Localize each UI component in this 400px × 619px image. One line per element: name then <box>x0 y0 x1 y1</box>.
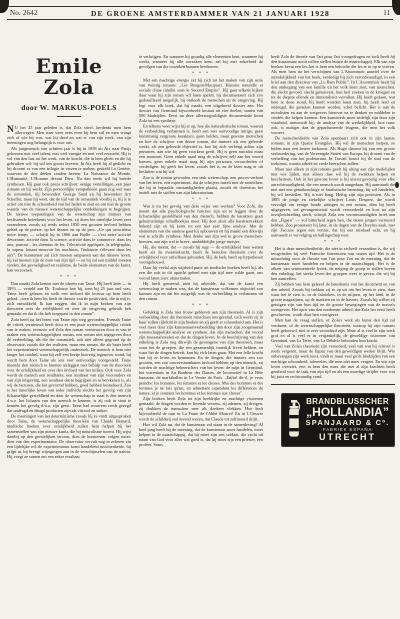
ad-box: BRANDBLUSSCHER „HOLLANDIA” SPANJAARD & C… <box>281 393 395 447</box>
paragraph: Dan maakt Zola kennis met de ideeën van … <box>7 281 131 316</box>
scan-artifact <box>392 0 400 15</box>
fire-extinguisher-icon <box>281 399 303 441</box>
column-2-text: te verkrijgen. En wanneer hij grondig al… <box>139 54 263 487</box>
divider-rule <box>271 384 395 385</box>
column-1: Emile Zola door W. MARKUS-POELS NU het 2… <box>7 54 131 497</box>
paragraph: Hoe wil Zola nu, dat de kunstenaar zal s… <box>139 422 263 447</box>
column-1-text: NU het 25 jaar geleden is, dat Zola stie… <box>7 125 131 497</box>
page-number: 11 <box>383 9 390 17</box>
column-1-flow: NU het 25 jaar geleden is, dat Zola stie… <box>7 125 131 459</box>
paragraph: En telkens weer wijst hij er op, hoe die… <box>139 124 263 175</box>
drop-cap: N <box>7 126 14 134</box>
byline-rule <box>57 116 81 117</box>
section-separator: * * * <box>7 275 131 280</box>
column-3: heeft Zola de theorie van l'art pour l'a… <box>271 54 395 497</box>
section-separator: * * * <box>139 197 263 202</box>
section-separator: * * * <box>139 303 263 308</box>
paragraph: Men kan de vraag stellen, of Zola's werk… <box>271 318 395 343</box>
paragraph: Hij heeft gemeend, toen hij arbeidde, da… <box>139 281 263 301</box>
section-separator: * * * <box>271 240 395 245</box>
paragraph: Hij, die meent, dat — zooals hij zegt — … <box>139 244 263 264</box>
paragraph: Zijn boeken heeft Zola tot zijn beeldrij… <box>139 396 263 421</box>
column-2-flow: te verkrijgen. En wanneer hij grondig al… <box>139 54 263 447</box>
paragraph: Daar hij veelal zijn wijsheid putte uit … <box>139 265 263 280</box>
byline: door W. MARKUS-POELS <box>7 103 131 112</box>
paragraph: Zoo is de roman geworden een stuk wetens… <box>139 175 263 195</box>
ad-company-line: SPANJAARD & Cº. <box>303 419 392 428</box>
issue-number: No. 2642 <box>10 9 38 17</box>
paragraph: heeft Zola de theorie van l'art pour l'a… <box>271 54 395 135</box>
paragraph: Als jongmensch van achttien jaar is hij … <box>7 146 131 273</box>
paragraph: NU het 25 jaar geleden is, dat Zola stie… <box>7 125 131 145</box>
section-separator: * * * <box>139 71 263 76</box>
paragraph: Veel van Zola's theorieën zijn verouderd… <box>271 344 395 379</box>
ad-text: BRANDBLUSSCHER „HOLLANDIA” SPANJAARD & C… <box>303 398 395 443</box>
article-title: Emile Zola <box>7 56 131 98</box>
paragraph: De menschenliefde van Zola openbaart zic… <box>271 136 395 166</box>
paragraph: Zola heeft na het lezen van Taine zijn w… <box>7 317 131 413</box>
article-header: Emile Zola door W. MARKUS-POELS <box>7 56 131 117</box>
paragraph: Gelukkig is Zola niet trouw gebleven aan… <box>139 309 263 395</box>
ad-city-line: UTRECHT <box>303 433 392 443</box>
scan-artifact <box>395 182 399 188</box>
masthead: No. 2642 DE GROENE AMSTERDAMMER VAN 21 J… <box>7 6 393 20</box>
article-columns: Emile Zola door W. MARKUS-POELS NU het 2… <box>7 54 393 497</box>
ad-factory-line: FABRIEK ESPAÑA <box>303 427 392 432</box>
paragraph: Wat is nu het gevolg van deze wijze van … <box>139 203 263 244</box>
column-2: te verkrijgen. En wanneer hij grondig al… <box>139 54 263 497</box>
paragraph: Maar niet alleen in zijn romans geeft hi… <box>271 167 395 238</box>
column-3-text: heeft Zola de theorie van l'art pour l'a… <box>271 54 395 379</box>
paragraph: te verkrijgen. En wanneer hij grondig al… <box>139 54 263 69</box>
paragraph: De meeningen van het determinisme zooals… <box>7 414 131 460</box>
paragraph: Zij hebben van hem geleerd de beteekenis… <box>271 282 395 317</box>
paragraph: Het is deze menschenliefde, die niet in … <box>271 246 395 281</box>
publication-title: DE GROENE AMSTERDAMMER VAN 21 JANUARI 19… <box>91 9 330 18</box>
paragraph: Met een machtige energie zet hij zich to… <box>139 77 263 123</box>
ad-brand-line: „HOLLANDIA” <box>303 406 392 419</box>
column-3-flow: heeft Zola de theorie van l'art pour l'a… <box>271 54 395 379</box>
newspaper-page: { "masthead": { "issue_number": "No. 264… <box>0 0 400 619</box>
advertisement-section: BRANDBLUSSCHER „HOLLANDIA” SPANJAARD & C… <box>271 384 395 447</box>
